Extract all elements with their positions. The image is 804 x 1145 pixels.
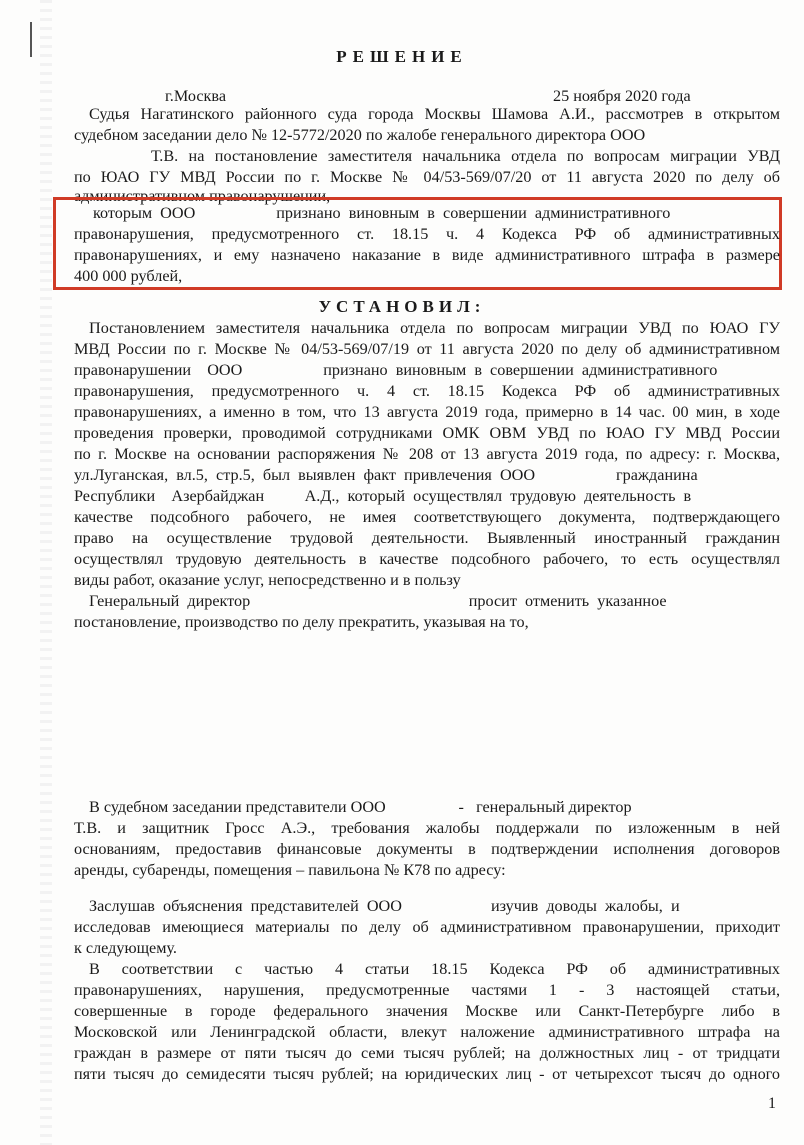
conclusion-line: к следующему. — [74, 938, 780, 960]
established-line: качестве подсобного рабочего, не имея со… — [74, 507, 780, 529]
established-line: Республики Азербайджан А.Д., который осу… — [74, 486, 780, 508]
law-line: граждан в размере от пяти тысяч до семи … — [74, 1043, 780, 1065]
scan-edge-artifact — [40, 0, 52, 1145]
document-title: РЕШЕНИЕ — [0, 47, 804, 67]
established-line: виды работ, оказание услуг, непосредстве… — [74, 570, 780, 592]
law-line: совершенные в городе федерального значен… — [74, 1001, 780, 1023]
law-line: В соответствии с частью 4 статьи 18.15 К… — [89, 959, 780, 981]
conclusion-line: Заслушав объяснения представителей ООО и… — [89, 896, 780, 918]
hearing-line: аренды, субаренды, помещения – павильона… — [74, 860, 780, 882]
conclusion-line: исследовав имеющиеся материалы по делу о… — [74, 917, 780, 939]
section-heading: УСТАНОВИЛ: — [0, 297, 804, 317]
established-line: осуществлял трудовую деятельность в каче… — [74, 549, 780, 571]
established-line: ул.Луганская, вл.5, стр.5, был выявлен ф… — [74, 465, 780, 487]
director-line: постановление, производство по делу прек… — [74, 612, 780, 634]
established-line: правонарушении ООО признано виновным в с… — [74, 360, 780, 382]
hearing-line: В судебном заседании представители ООО -… — [89, 797, 780, 819]
page-number: 1 — [768, 1095, 776, 1113]
intro-line: судебном заседании дело № 12-5772/2020 п… — [74, 125, 780, 147]
law-line: Московской или Ленинградской области, вл… — [74, 1022, 780, 1044]
highlight-line: которым ООО признано виновным в совершен… — [93, 203, 780, 225]
law-line: пяти тысяч до семидесяти тысяч рублей; н… — [74, 1064, 780, 1086]
highlight-line: правонарушения, предусмотренного ст. 18.… — [74, 224, 780, 246]
highlight-line: правонарушениях, и ему назначено наказан… — [74, 245, 780, 267]
established-line: по г. Москве на основании распоряжения №… — [74, 444, 780, 466]
document-page: РЕШЕНИЕ г.Москва 25 ноября 2020 года Суд… — [0, 0, 804, 1145]
established-line: Постановлением заместителя начальника от… — [89, 318, 780, 340]
hearing-line: основаниям, предоставив финансовые докум… — [74, 839, 780, 861]
established-line: проведения проверки, проводимой сотрудни… — [74, 423, 780, 445]
director-line: Генеральный директор просит отменить ука… — [89, 591, 780, 613]
intro-line: Судья Нагатинского районного суда города… — [89, 104, 780, 126]
established-line: правонарушениях, а именно в том, что 13 … — [74, 402, 780, 424]
established-line: правонарушения, предусмотренного ч. 4 ст… — [74, 381, 780, 403]
intro-line: Т.В. на постановление заместителя началь… — [151, 146, 780, 168]
law-line: правонарушениях, нарушения, предусмотрен… — [74, 980, 780, 1002]
highlight-line: 400 000 рублей, — [74, 266, 780, 288]
established-line: право на осуществление трудовой деятельн… — [74, 528, 780, 550]
hearing-line: Т.В. и защитник Гросс А.Э., требования ж… — [74, 818, 780, 840]
established-line: МВД России по г. Москве № 04/53-569/07/1… — [74, 339, 780, 361]
